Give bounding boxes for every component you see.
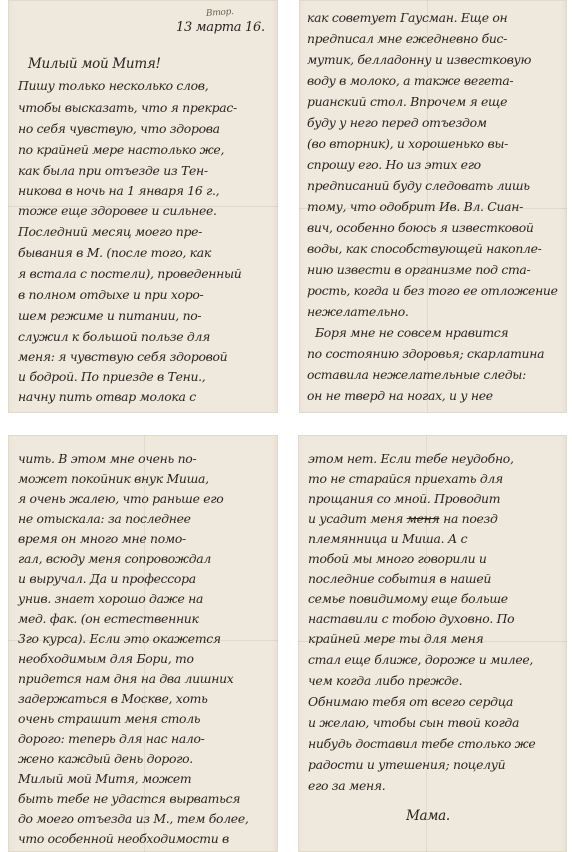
text-line: племянница и Миша. А с [308,531,467,547]
text-line: унив. знает хорошо даже на [18,591,203,607]
text-line: что особенной необходимости в [18,831,229,847]
letter-date: 13 марта 16. [176,20,265,36]
text-line: тоже еще здоровее и сильнее. [18,203,217,219]
text-line: и бодрой. По приезде в Тени., [18,369,205,385]
text-line: но себя чувствую, что здорова [18,121,220,137]
text-line: рость, когда и без того ее отложение [307,283,558,299]
text-line: никова в ночь на 1 января 16 г., [18,183,219,199]
text-line: тобой мы много говорили и [308,551,487,567]
text-line: наставили с тобою духовно. По [308,611,514,627]
text-line: необходимым для Бори, то [18,651,194,667]
text-line: нию извести в организме под ста- [307,262,530,278]
text-line: то не старайся приехать для [308,471,503,487]
text-line: воду в молоко, а также вегета- [307,73,513,89]
text-line: спрошу его. Но из этих его [307,157,481,173]
text-line: чем когда либо прежде. [308,673,462,689]
text-line: придется нам дня на два лишних [18,671,233,687]
text-line: Боря мне не совсем нравится [315,325,508,341]
text-line: мутик, белладонну и известковую [307,52,531,68]
text-line: Обнимаю тебя от всего сердца [308,694,513,710]
text-line: до моего отъезда из М., тем более, [18,811,249,827]
text-line: гал, всюду меня сопровождал [18,551,211,567]
text-line: шем режиме и питании, по- [18,308,201,324]
text-line: стал еще ближе, дороже и милее, [308,652,533,668]
text-line: предписал мне ежедневно бис- [307,31,507,47]
text-line: буду у него перед отъездом [307,115,487,131]
letter-greeting: Милый мой Митя! [28,56,161,72]
text-line: тому, что одобрит Ив. Вл. Сиан- [307,199,523,215]
text-line: вич, особенно боюсь я известковой [307,220,534,236]
text-line: 3го курса). Если это окажется [18,631,221,647]
text-line: я очень жалею, что раньше его [18,491,223,507]
text-line: воды, как способствующей накопле- [307,241,542,257]
text-line: как советует Гаусман. Еще он [307,10,507,26]
text-line: и выручал. Да и профессора [18,571,196,587]
text-line: меня: я чувствую себя здоровой [18,349,227,365]
text-line: по состоянию здоровья; скарлатина [307,346,544,362]
text-line: и желаю, чтобы сын твой когда [308,715,519,731]
text-line: семье повидимому еще больше [308,591,508,607]
text-line-with-strike: и усадит меня меня на поезд [308,511,498,527]
text-line: я встала с постели), проведенный [18,266,241,282]
signature: Мама. [406,808,450,824]
text-line: по крайней мере настолько же, [18,142,224,158]
text-line: Милый мой Митя, может [18,771,191,787]
text-line: мед. фак. (он естественник [18,611,199,627]
text-line: дорого: теперь для нас нало- [18,731,205,747]
text-line: радости и утешения; поцелуй [308,757,505,773]
text-line: нибудь доставил тебе столько же [308,736,535,752]
letter-page-3: чить. В этом мне очень по- может покойни… [8,435,278,852]
text-line: прощания со мной. Проводит [308,491,500,507]
text-line: Пишу только несколько слов, [18,78,208,94]
text-line: рианский стол. Впрочем я еще [307,94,507,110]
text-line: очень страшит меня столь [18,711,200,727]
text-line: начну пить отвар молока с [18,389,196,405]
text-fragment: на поезд [439,511,497,526]
text-fragment: и усадит меня [308,511,407,526]
text-line: нежелательно. [307,304,409,320]
text-line: как была при отъезде из Тен- [18,163,208,179]
letter-page-2: как советует Гаусман. Еще он предписал м… [299,0,567,413]
text-line: он не тверд на ногах, и у нее [307,388,493,404]
text-line: последние события в нашей [308,571,491,587]
text-line: задержаться в Москве, хоть [18,691,208,707]
text-line: его за меня. [308,778,385,794]
text-line: быть тебе не удастся вырваться [18,791,240,807]
text-line: чить. В этом мне очень по- [18,451,196,467]
struck-word: меня [407,511,440,526]
text-line: крайней мере ты для меня [308,631,483,647]
letter-page-1: Втор. 13 марта 16. Милый мой Митя! Пишу … [8,0,278,413]
text-line: овсом и вспрыскивание мышьяку [18,408,231,413]
text-line: в полном отдыхе и при хоро- [18,287,203,303]
letter-page-4: этом нет. Если тебе неудобно, то не стар… [298,435,567,852]
text-line: (во вторник), и хорошенько вы- [307,136,508,152]
text-line: время он много мне помо- [18,531,186,547]
text-line: бывания в М. (после того, как [18,245,211,261]
text-line: оставила нежелательные следы: [307,367,526,383]
text-line: этом нет. Если тебе неудобно, [308,451,514,467]
text-line: служил к большой пользе для [18,329,210,345]
text-line: может покойник внук Миша, [18,471,209,487]
text-line: не отыскала: за последнее [18,511,191,527]
text-line: жено каждый день дорого. [18,751,193,767]
text-line: Последний месяц моего пре- [18,224,202,240]
text-line: предписаний буду следовать лишь [307,178,530,194]
text-line: чтобы высказать, что я прекрас- [18,100,237,116]
